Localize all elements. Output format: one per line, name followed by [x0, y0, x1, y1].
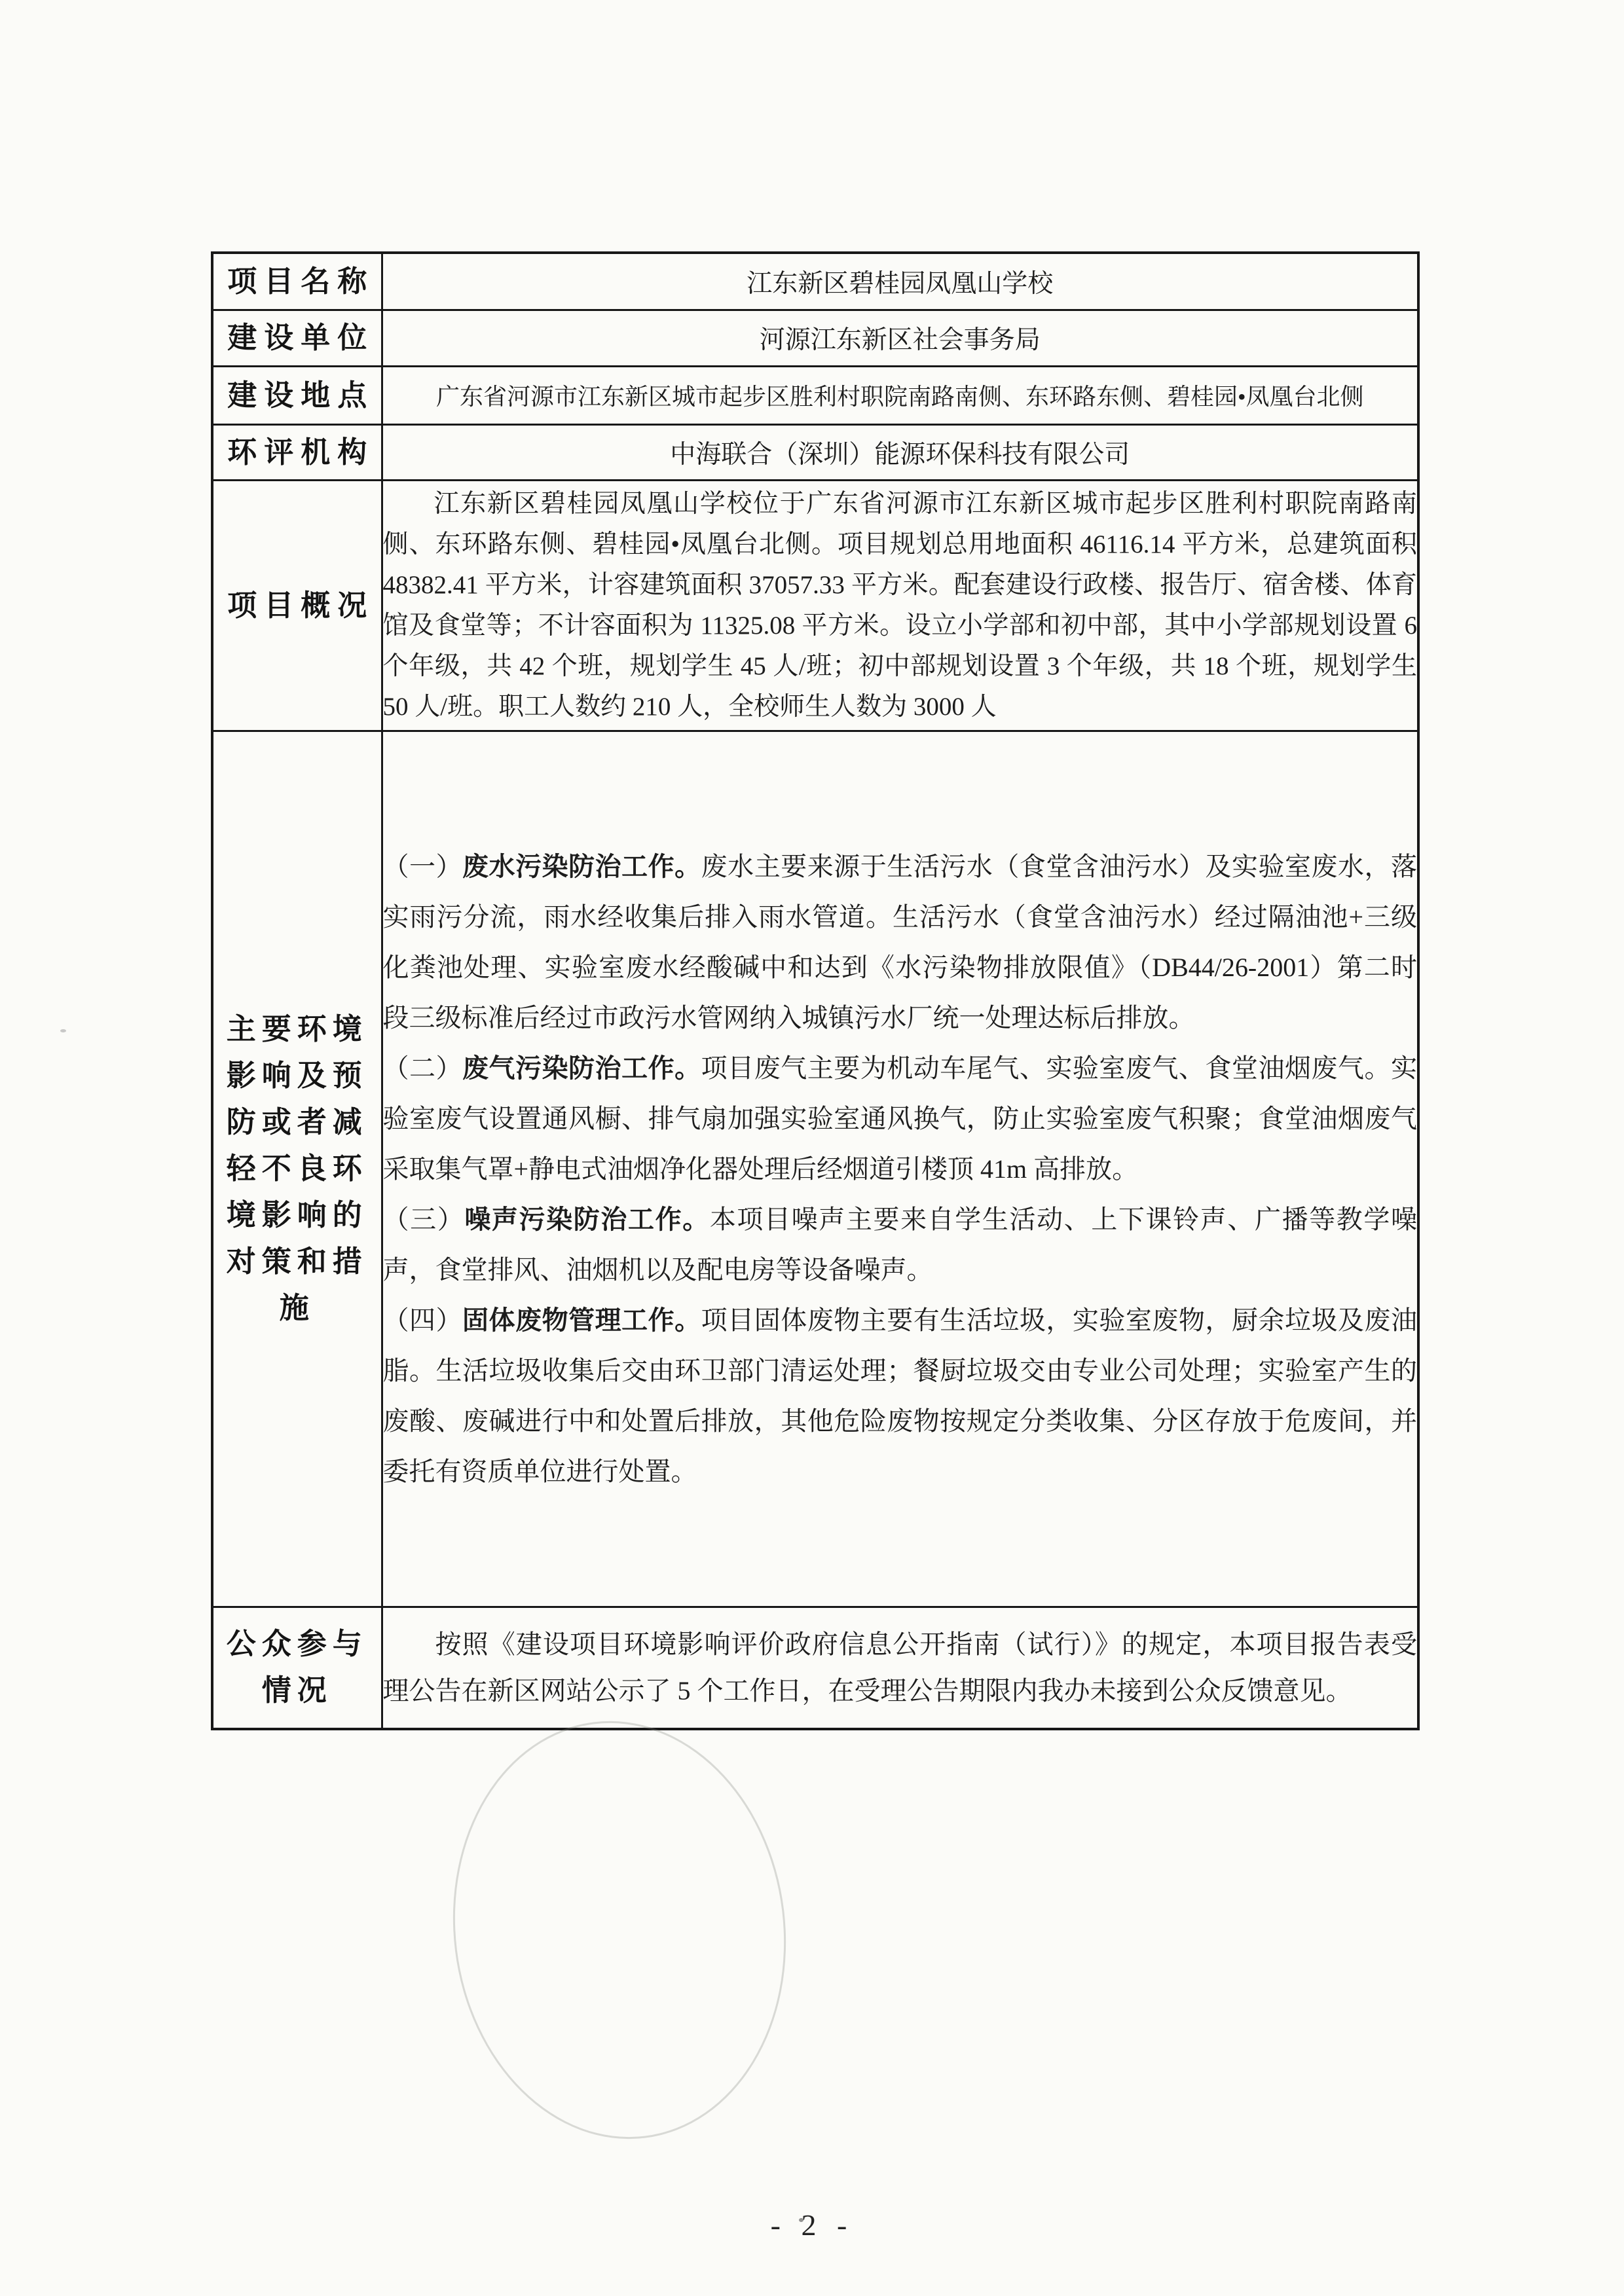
- table-row: 项目名称 江东新区碧桂园凤凰山学校: [212, 253, 1418, 310]
- section-number: （四）: [383, 1305, 463, 1335]
- section-title: 废水污染防治工作。: [462, 852, 701, 881]
- project-overview-value: 江东新区碧桂园凤凰山学校位于广东省河源市江东新区城市起步区胜利村职院南路南侧、东…: [382, 480, 1418, 731]
- page-number: - 2 -: [0, 2208, 1624, 2242]
- section-number: （一）: [383, 852, 463, 881]
- environmental-measures-label: 主要环境影响及预防或者减轻不良环境影响的对策和措施: [219, 1006, 375, 1332]
- table-row: 主要环境影响及预防或者减轻不良环境影响的对策和措施 （一）废水污染防治工作。废水…: [212, 731, 1418, 1607]
- section-title: 噪声污染防治工作。: [464, 1205, 709, 1234]
- section-number: （三）: [383, 1205, 465, 1234]
- eia-agency-text: 中海联合（深圳）能源环保科技有限公司: [670, 441, 1130, 469]
- project-name-value: 江东新区碧桂园凤凰山学校: [382, 253, 1418, 310]
- project-name-text: 江东新区碧桂园凤凰山学校: [747, 270, 1053, 298]
- row-label-eia-agency: 环评机构: [212, 424, 382, 480]
- table-row: 公众参与情况 按照《建设项目环境影响评价政府信息公开指南（试行）》的规定，本项目…: [212, 1607, 1418, 1729]
- table-row: 环评机构 中海联合（深圳）能源环保科技有限公司: [212, 424, 1418, 480]
- scanned-eia-document: { "page": { "number_label": "- 2 -" }, "…: [0, 0, 1624, 2296]
- table-row: 建设单位 河源江东新区社会事务局: [212, 310, 1418, 366]
- construction-site-text: 广东省河源市江东新区城市起步区胜利村职院南路南侧、东环路东侧、碧桂园•凤凰台北侧: [436, 384, 1364, 410]
- table-row: 项目概况 江东新区碧桂园凤凰山学校位于广东省河源市江东新区城市起步区胜利村职院南…: [212, 480, 1418, 731]
- row-label-construction-site: 建设地点: [212, 366, 382, 424]
- construction-site-label: 建设地点: [227, 380, 374, 412]
- row-label-project-name: 项目名称: [212, 253, 382, 310]
- row-label-project-overview: 项目概况: [212, 480, 382, 731]
- project-overview-label: 项目概况: [227, 590, 374, 623]
- document-page: 项目名称 江东新区碧桂园凤凰山学校 建设单位 河源江东新区社会事务局 建设地点: [0, 0, 1624, 2296]
- construction-site-value: 广东省河源市江东新区城市起步区胜利村职院南路南侧、东环路东侧、碧桂园•凤凰台北侧: [382, 366, 1418, 424]
- measure-section-solid-waste: （四）固体废物管理工作。项目固体废物主要有生活垃圾，实验室废物，厨余垃圾及废油脂…: [383, 1295, 1418, 1497]
- measure-section-waste-gas: （二）废气污染防治工作。项目废气主要为机动车尾气、实验室废气、食堂油烟废气。实验…: [383, 1043, 1418, 1194]
- construction-unit-text: 河源江东新区社会事务局: [760, 326, 1041, 354]
- project-name-label: 项目名称: [227, 266, 374, 299]
- public-participation-label: 公众参与情况: [219, 1621, 375, 1714]
- project-overview-text: 江东新区碧桂园凤凰山学校位于广东省河源市江东新区城市起步区胜利村职院南路南侧、东…: [383, 484, 1418, 727]
- public-participation-value: 按照《建设项目环境影响评价政府信息公开指南（试行）》的规定，本项目报告表受理公告…: [382, 1607, 1418, 1729]
- row-label-environmental-measures: 主要环境影响及预防或者减轻不良环境影响的对策和措施: [212, 731, 382, 1607]
- eia-agency-label: 环评机构: [227, 437, 374, 469]
- table-row: 建设地点 广东省河源市江东新区城市起步区胜利村职院南路南侧、东环路东侧、碧桂园•…: [212, 366, 1418, 424]
- public-participation-text: 按照《建设项目环境影响评价政府信息公开指南（试行）》的规定，本项目报告表受理公告…: [383, 1621, 1418, 1714]
- environmental-measures-value: （一）废水污染防治工作。废水主要来源于生活污水（食堂含油污水）及实验室废水，落实…: [382, 731, 1418, 1607]
- measures-block: （一）废水污染防治工作。废水主要来源于生活污水（食堂含油污水）及实验室废水，落实…: [383, 841, 1418, 1497]
- section-title: 固体废物管理工作。: [462, 1305, 701, 1335]
- section-number: （二）: [383, 1053, 463, 1083]
- scan-speck: [60, 1029, 66, 1032]
- construction-unit-value: 河源江东新区社会事务局: [382, 310, 1418, 366]
- construction-unit-label: 建设单位: [227, 322, 374, 355]
- section-title: 废气污染防治工作。: [462, 1053, 701, 1083]
- row-label-public-participation: 公众参与情况: [212, 1607, 382, 1729]
- row-label-construction-unit: 建设单位: [212, 310, 382, 366]
- eia-approval-table: 项目名称 江东新区碧桂园凤凰山学校 建设单位 河源江东新区社会事务局 建设地点: [211, 251, 1420, 1730]
- faint-round-stamp-mark: [430, 1702, 809, 2159]
- measure-section-noise: （三）噪声污染防治工作。本项目噪声主要来自学生活动、上下课铃声、广播等教学噪声，…: [383, 1194, 1418, 1295]
- eia-agency-value: 中海联合（深圳）能源环保科技有限公司: [382, 424, 1418, 480]
- measure-section-wastewater: （一）废水污染防治工作。废水主要来源于生活污水（食堂含油污水）及实验室废水，落实…: [383, 841, 1418, 1043]
